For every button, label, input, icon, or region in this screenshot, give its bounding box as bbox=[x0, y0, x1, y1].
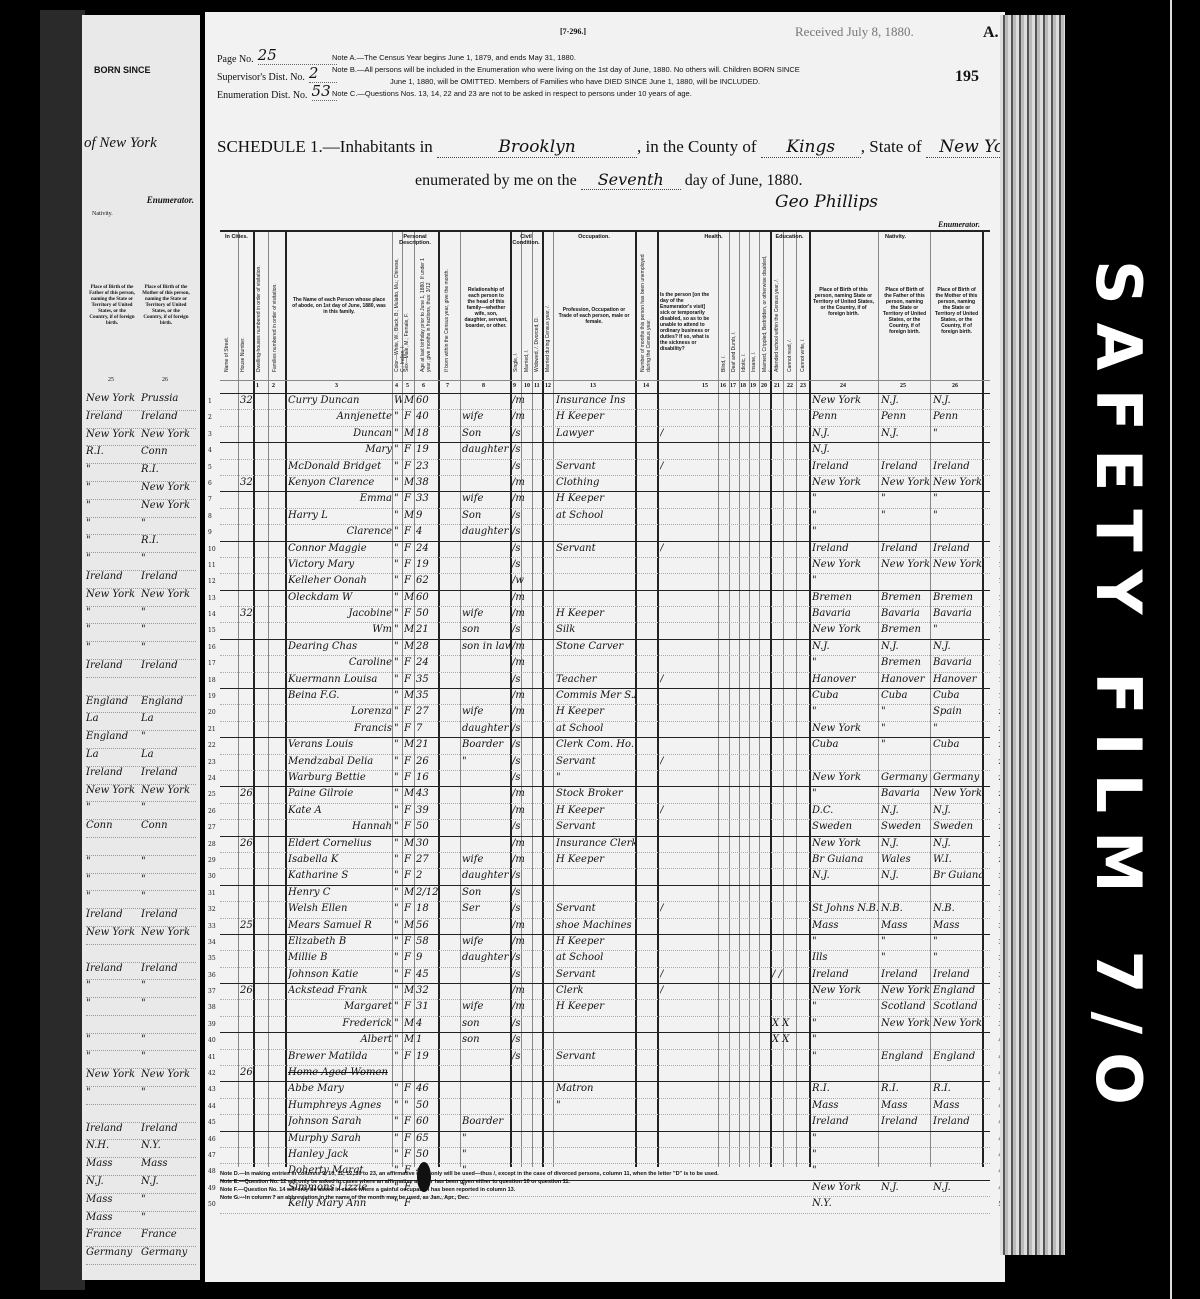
line-number-left: 21 bbox=[208, 726, 216, 733]
prev-page-row: FranceFrance bbox=[86, 1229, 196, 1247]
civil-condition-cell: /s bbox=[512, 674, 542, 685]
prev-father-birthplace: " bbox=[86, 535, 141, 552]
note-d: Note D.—In making entries in columns 9, … bbox=[220, 1170, 920, 1178]
age-cell: 39 bbox=[416, 805, 438, 816]
color-cell: " bbox=[394, 870, 402, 881]
mother-birthplace-cell: Ireland bbox=[933, 461, 982, 472]
table-row: 21Francis"F7daughter/sat SchoolNew York"… bbox=[220, 722, 990, 738]
prev-father-birthplace: Ireland bbox=[86, 411, 141, 428]
mother-birthplace-cell: Scotland bbox=[933, 1001, 982, 1012]
age-cell: 9 bbox=[416, 510, 438, 521]
person-name-cell: Annjenette bbox=[288, 411, 392, 422]
sex-cell: F bbox=[404, 608, 414, 619]
civil-condition-cell: /s bbox=[512, 821, 542, 832]
civil-condition-cell: /m bbox=[512, 477, 542, 488]
prev-mother-birthplace: " bbox=[141, 998, 196, 1015]
supervisor-label: Supervisor's Dist. No. bbox=[217, 72, 305, 83]
relationship-cell: wife bbox=[462, 493, 510, 504]
column-number: 26 bbox=[952, 383, 958, 389]
previous-page-fragment: BORN SINCE of New York Enumerator. Nativ… bbox=[82, 15, 200, 1280]
prev-mother-birthplace: N.J. bbox=[141, 1176, 196, 1193]
prev-page-row: IrelandIreland bbox=[86, 963, 196, 981]
column-number: 6 bbox=[422, 383, 425, 389]
mother-birthplace-cell: Spain bbox=[933, 706, 982, 717]
civil-condition-cell: /s bbox=[512, 1051, 542, 1062]
prev-mother-birthplace: Ireland bbox=[141, 1123, 196, 1140]
line-number-left: 49 bbox=[208, 1185, 216, 1192]
civil-condition-cell: /m bbox=[512, 1001, 542, 1012]
age-cell: 2 bbox=[416, 870, 438, 881]
line-number-left: 11 bbox=[208, 562, 216, 569]
color-cell: " bbox=[394, 1116, 402, 1127]
sex-cell: F bbox=[404, 821, 414, 832]
mother-birthplace-cell: Bavaria bbox=[933, 657, 982, 668]
birthplace-cell: Hanover bbox=[812, 674, 878, 685]
prev-mother-birthplace: Prussia bbox=[141, 393, 196, 410]
line-number-left: 19 bbox=[208, 693, 216, 700]
line-number-left: 4 bbox=[208, 447, 212, 454]
header-birth-father: Place of Birth of the Father of this per… bbox=[882, 287, 927, 335]
prev-mother-birthplace: " bbox=[141, 518, 196, 535]
sex-cell: F bbox=[404, 969, 414, 980]
line-number-left: 20 bbox=[208, 709, 216, 716]
occupation-cell: Servant bbox=[556, 461, 636, 472]
person-name-cell: Millie B bbox=[288, 952, 392, 963]
civil-condition-cell: /m bbox=[512, 854, 542, 865]
age-cell: 43 bbox=[416, 788, 438, 799]
occupation-cell: at School bbox=[556, 723, 636, 734]
prev-mother-birthplace: R.I. bbox=[141, 464, 196, 481]
sex-cell: F bbox=[404, 756, 414, 767]
color-cell: " bbox=[394, 1100, 402, 1111]
civil-condition-cell: /s bbox=[512, 870, 542, 881]
age-cell: 2/12 bbox=[416, 887, 438, 898]
mother-birthplace-cell: N.J. bbox=[933, 641, 982, 652]
father-birthplace-cell: New York bbox=[881, 559, 930, 570]
person-name-cell: Jacobine bbox=[288, 608, 392, 619]
prev-mother-header: Place of Birth of the Mother of this per… bbox=[142, 285, 190, 327]
color-cell: " bbox=[394, 1051, 402, 1062]
state-label: , State of bbox=[861, 137, 922, 156]
father-birthplace-cell: Ireland bbox=[881, 543, 930, 554]
line-number-left: 13 bbox=[208, 595, 216, 602]
table-row: 11Victory Mary"F19/sNew YorkNew YorkNew … bbox=[220, 558, 990, 574]
person-name-cell: Murphy Sarah bbox=[288, 1133, 392, 1144]
prev-father-header: Place of Birth of the Father of this per… bbox=[88, 285, 136, 327]
age-cell: 16 bbox=[416, 772, 438, 783]
table-row: 4Mary"F19daughter/sN.J.4 bbox=[220, 443, 990, 459]
age-cell: 65 bbox=[416, 1133, 438, 1144]
prev-father-birthplace bbox=[86, 1016, 141, 1033]
table-row: 18Kuermann Louisa"F35/sTeacher/HanoverHa… bbox=[220, 673, 990, 689]
line-number-left: 25 bbox=[208, 791, 216, 798]
header-attended-school: Attended school within the Census year, … bbox=[774, 252, 780, 372]
dwelling-number-cell: 268 bbox=[240, 1067, 254, 1078]
age-cell: 19 bbox=[416, 1051, 438, 1062]
age-cell: 60 bbox=[416, 395, 438, 406]
birthplace-cell: New York bbox=[812, 772, 878, 783]
county-value: Kings bbox=[761, 137, 861, 158]
sex-cell: M bbox=[404, 395, 414, 406]
prev-page-row: "" bbox=[86, 642, 196, 660]
sex-cell: F bbox=[404, 674, 414, 685]
birthplace-cell: " bbox=[812, 1018, 878, 1029]
father-birthplace-cell: New York bbox=[881, 1018, 930, 1029]
civil-condition-cell: /s bbox=[512, 444, 542, 455]
birthplace-cell: New York bbox=[812, 477, 878, 488]
line-number-left: 38 bbox=[208, 1004, 216, 1011]
prev-page-row: "" bbox=[86, 856, 196, 874]
birthplace-cell: " bbox=[812, 1149, 878, 1160]
table-row: 27Hannah"F50/sServantSwedenSwedenSweden2… bbox=[220, 820, 990, 836]
prev-page-row: ConnConn bbox=[86, 820, 196, 838]
age-cell: 30 bbox=[416, 838, 438, 849]
table-row: 23Mendzabal Delia"F26"/sServant/23 bbox=[220, 755, 990, 771]
civil-condition-cell: /s bbox=[512, 723, 542, 734]
prev-father-birthplace: " bbox=[86, 891, 141, 908]
unemployed-mark-cell: / bbox=[660, 985, 680, 996]
occupation-cell: H Keeper bbox=[556, 493, 636, 504]
table-row: 24Warburg Bettie"F16/s"New YorkGermanyGe… bbox=[220, 771, 990, 787]
film-edge-left bbox=[40, 10, 85, 1290]
relationship-cell: Ser bbox=[462, 903, 510, 914]
prev-state: of New York bbox=[84, 135, 157, 152]
prev-page-row bbox=[86, 1105, 196, 1123]
birthplace-cell: " bbox=[812, 936, 878, 947]
sex-cell: M bbox=[404, 985, 414, 996]
prev-col-25: 25 bbox=[108, 377, 114, 383]
prev-page-row: IrelandIreland bbox=[86, 660, 196, 678]
color-cell: " bbox=[394, 559, 402, 570]
birthplace-cell: Ireland bbox=[812, 1116, 878, 1127]
occupation-cell: Stone Carver bbox=[556, 641, 636, 652]
birthplace-cell: Ireland bbox=[812, 543, 878, 554]
table-row: 35Millie B"F9daughter/sat SchoolIlls""35 bbox=[220, 951, 990, 967]
sex-cell: F bbox=[404, 1133, 414, 1144]
column-number: 7 bbox=[446, 383, 449, 389]
sex-cell: M bbox=[404, 477, 414, 488]
mother-birthplace-cell: Ireland bbox=[933, 969, 982, 980]
prev-enumerator-label: Enumerator. bbox=[147, 195, 194, 205]
mother-birthplace-cell: " bbox=[933, 493, 982, 504]
father-birthplace-cell: N.J. bbox=[881, 395, 930, 406]
prev-page-row: New YorkNew York bbox=[86, 429, 196, 447]
occupation-cell: " bbox=[556, 772, 636, 783]
color-cell: " bbox=[394, 1133, 402, 1144]
sex-cell: F bbox=[404, 543, 414, 554]
note-c: Note C.—Questions Nos. 13, 14, 22 and 23… bbox=[332, 88, 972, 100]
mother-birthplace-cell: N.J. bbox=[933, 395, 982, 406]
line-number-left: 34 bbox=[208, 939, 216, 946]
prev-father-birthplace: " bbox=[86, 624, 141, 641]
line-number-left: 1 bbox=[208, 398, 212, 405]
prev-page-row: New YorkNew York bbox=[86, 1069, 196, 1087]
mother-birthplace-cell: W.I. bbox=[933, 854, 982, 865]
color-cell: " bbox=[394, 821, 402, 832]
column-number: 11 bbox=[534, 383, 540, 389]
education-marks-cell: X X bbox=[772, 1018, 808, 1029]
education-marks-cell: X X bbox=[772, 1034, 808, 1045]
header-street: Name of Street. bbox=[224, 302, 230, 372]
father-birthplace-cell: Sweden bbox=[881, 821, 930, 832]
person-name-cell: Dearing Chas bbox=[288, 641, 392, 652]
line-number-left: 22 bbox=[208, 742, 216, 749]
city-value: Brooklyn bbox=[437, 137, 637, 158]
age-cell: 58 bbox=[416, 936, 438, 947]
occupation-cell: Clerk bbox=[556, 985, 636, 996]
dwelling-number-cell: 327 bbox=[240, 608, 254, 619]
occupation-cell: Servant bbox=[556, 969, 636, 980]
table-row: 10Connor Maggie"F24/sServant/IrelandIrel… bbox=[220, 542, 990, 558]
table-row: 1321Curry DuncanWM60/mInsurance InsNew Y… bbox=[220, 394, 990, 410]
color-cell: " bbox=[394, 461, 402, 472]
prev-mother-birthplace bbox=[141, 1016, 196, 1033]
sex-cell: M bbox=[404, 887, 414, 898]
occupation-cell: Clerk Com. Ho. bbox=[556, 739, 636, 750]
column-number: 3 bbox=[335, 383, 338, 389]
birthplace-cell: " bbox=[812, 788, 878, 799]
table-row: 32Welsh Ellen"F18Ser/sServant/St Johns N… bbox=[220, 902, 990, 918]
age-cell: 18 bbox=[416, 428, 438, 439]
table-row: 8Harry L"M9Son/sat School"""8 bbox=[220, 509, 990, 525]
color-cell: " bbox=[394, 444, 402, 455]
mother-birthplace-cell: England bbox=[933, 1051, 982, 1062]
age-cell: 4 bbox=[416, 526, 438, 537]
mother-birthplace-cell: Bavaria bbox=[933, 608, 982, 619]
occupation-cell: Silk bbox=[556, 624, 636, 635]
sex-cell: F bbox=[404, 772, 414, 783]
color-cell: " bbox=[394, 838, 402, 849]
mother-birthplace-cell: R.I. bbox=[933, 1083, 982, 1094]
header-born-month: If born within the Census year, give the… bbox=[444, 252, 450, 372]
table-row: 38Margaret"F31wife/mH Keeper"ScotlandSco… bbox=[220, 1000, 990, 1016]
person-name-cell: Emma bbox=[288, 493, 392, 504]
civil-condition-cell: /m bbox=[512, 838, 542, 849]
line-number-left: 30 bbox=[208, 873, 216, 880]
page-stack-edge bbox=[1000, 15, 1065, 1255]
age-cell: 27 bbox=[416, 854, 438, 865]
civil-condition-cell: /s bbox=[512, 1034, 542, 1045]
sex-cell: M bbox=[404, 1018, 414, 1029]
table-row: 40Albert"M1son/sX X"40 bbox=[220, 1033, 990, 1049]
column-number: 8 bbox=[482, 383, 485, 389]
civil-condition-cell: /s bbox=[512, 952, 542, 963]
sex-cell: F bbox=[404, 1083, 414, 1094]
age-cell: 24 bbox=[416, 543, 438, 554]
line-number-left: 47 bbox=[208, 1152, 216, 1159]
person-name-cell: Hannah bbox=[288, 821, 392, 832]
sex-cell: F bbox=[404, 1149, 414, 1160]
occupation-cell: Matron bbox=[556, 1083, 636, 1094]
occupation-cell: Clothing bbox=[556, 477, 636, 488]
birthplace-cell: Bremen bbox=[812, 592, 878, 603]
birthplace-cell: Ills bbox=[812, 952, 878, 963]
birthplace-cell: New York bbox=[812, 838, 878, 849]
color-cell: " bbox=[394, 1018, 402, 1029]
person-name-cell: Caroline bbox=[288, 657, 392, 668]
prev-mother-birthplace bbox=[141, 945, 196, 962]
mother-birthplace-cell: New York bbox=[933, 1018, 982, 1029]
unemployed-mark-cell: / bbox=[660, 969, 680, 980]
color-cell: " bbox=[394, 920, 402, 931]
prev-page-row: "" bbox=[86, 518, 196, 536]
age-cell: 21 bbox=[416, 739, 438, 750]
prev-father-birthplace: Ireland bbox=[86, 963, 141, 980]
birthplace-cell: Br Guiana bbox=[812, 854, 878, 865]
line-number-left: 28 bbox=[208, 841, 216, 848]
birthplace-cell: Mass bbox=[812, 1100, 878, 1111]
table-row: 29Isabella K"F27wife/mH KeeperBr GuianaW… bbox=[220, 853, 990, 869]
occupation-cell: Insurance Ins bbox=[556, 395, 636, 406]
prev-father-birthplace: France bbox=[86, 1229, 141, 1246]
relationship-cell: " bbox=[462, 1149, 510, 1160]
color-cell: " bbox=[394, 739, 402, 750]
father-birthplace-cell: " bbox=[881, 739, 930, 750]
district-ids: Page No.25 Supervisor's Dist. No.2 Enume… bbox=[217, 47, 337, 101]
sex-cell: F bbox=[404, 1001, 414, 1012]
prev-mother-birthplace: " bbox=[141, 553, 196, 570]
prev-father-birthplace: New York bbox=[86, 393, 141, 410]
civil-condition-cell: /s bbox=[512, 739, 542, 750]
table-row: 16Dearing Chas"M28son in law/mStone Carv… bbox=[220, 640, 990, 656]
sex-cell: F bbox=[404, 854, 414, 865]
sex-cell: F bbox=[404, 805, 414, 816]
birthplace-cell: " bbox=[812, 493, 878, 504]
prev-father-birthplace: Mass bbox=[86, 1212, 141, 1229]
color-cell: " bbox=[394, 952, 402, 963]
occupation-cell: Servant bbox=[556, 903, 636, 914]
prev-page-row: GermanyGermany bbox=[86, 1247, 196, 1265]
birthplace-cell: " bbox=[812, 575, 878, 586]
person-name-cell: Curry Duncan bbox=[288, 395, 392, 406]
age-cell: 27 bbox=[416, 706, 438, 717]
prev-page-row: N.J.N.J. bbox=[86, 1176, 196, 1194]
civil-condition-cell: /m bbox=[512, 493, 542, 504]
relationship-cell: daughter bbox=[462, 870, 510, 881]
line-number-left: 9 bbox=[208, 529, 212, 536]
line-number-left: 26 bbox=[208, 808, 216, 815]
person-name-cell: Francis bbox=[288, 723, 392, 734]
age-cell: 56 bbox=[416, 920, 438, 931]
color-cell: " bbox=[394, 772, 402, 783]
prev-mother-birthplace: " bbox=[141, 980, 196, 997]
father-birthplace-cell: Bremen bbox=[881, 657, 930, 668]
mother-birthplace-cell: " bbox=[933, 428, 982, 439]
prev-page-row: "" bbox=[86, 891, 196, 909]
sex-cell: M bbox=[404, 641, 414, 652]
occupation-cell: Stock Broker bbox=[556, 788, 636, 799]
prev-father-birthplace: " bbox=[86, 518, 141, 535]
table-row: 44Humphreys Agnes""50"MassMassMass44 bbox=[220, 1099, 990, 1115]
prev-mother-birthplace: La bbox=[141, 749, 196, 766]
prev-page-row: EnglandEngland bbox=[86, 696, 196, 714]
enumeration-field: Enumeration Dist. No.53 bbox=[217, 83, 337, 101]
line-number-left: 37 bbox=[208, 988, 216, 995]
father-birthplace-cell: England bbox=[881, 1051, 930, 1062]
father-birthplace-cell: " bbox=[881, 706, 930, 717]
relationship-cell: wife bbox=[462, 411, 510, 422]
occupation-cell: at School bbox=[556, 952, 636, 963]
birthplace-cell: St Johns N.B. bbox=[812, 903, 878, 914]
person-name-cell: Warburg Bettie bbox=[288, 772, 392, 783]
sex-cell: F bbox=[404, 559, 414, 570]
line-number-left: 16 bbox=[208, 644, 216, 651]
birthplace-cell: N.J. bbox=[812, 870, 878, 881]
column-number: 4 bbox=[395, 383, 398, 389]
sex-cell: F bbox=[404, 1051, 414, 1062]
birthplace-cell: New York bbox=[812, 985, 878, 996]
occupation-cell: H Keeper bbox=[556, 805, 636, 816]
education-marks-cell: / / bbox=[772, 969, 808, 980]
age-cell: 21 bbox=[416, 624, 438, 635]
sex-cell: M bbox=[404, 739, 414, 750]
county-label: , in the County of bbox=[637, 137, 756, 156]
relationship-cell: " bbox=[462, 1133, 510, 1144]
civil-condition-cell: /m bbox=[512, 411, 542, 422]
prev-page-row: New YorkNew York bbox=[86, 927, 196, 945]
age-cell: 9 bbox=[416, 952, 438, 963]
header-relationship: Relationship of each person to the head … bbox=[464, 287, 508, 329]
color-cell: " bbox=[394, 1034, 402, 1045]
birthplace-cell: N.J. bbox=[812, 444, 878, 455]
table-row: 2Annjenette"F40wife/mH KeeperPennPennPen… bbox=[220, 410, 990, 426]
relationship-cell: wife bbox=[462, 854, 510, 865]
birthplace-cell: " bbox=[812, 1051, 878, 1062]
person-name-cell: Lorenza bbox=[288, 706, 392, 717]
prev-father-birthplace: " bbox=[86, 464, 141, 481]
prev-page-row: IrelandIreland bbox=[86, 411, 196, 429]
person-name-cell: Ackstead Frank bbox=[288, 985, 392, 996]
enumerated-prefix: enumerated by me on the bbox=[415, 172, 577, 189]
enumerator-signature: Geo Phillips bbox=[775, 192, 878, 212]
prev-page-row bbox=[86, 678, 196, 696]
age-cell: 35 bbox=[416, 690, 438, 701]
sex-cell: F bbox=[404, 903, 414, 914]
ink-smudge bbox=[417, 1162, 431, 1192]
line-number-left: 46 bbox=[208, 1136, 216, 1143]
table-row: 30Katharine S"F2daughter/sN.J.N.J.Br Gui… bbox=[220, 869, 990, 885]
header-education: Education. bbox=[770, 234, 809, 240]
prev-father-birthplace: " bbox=[86, 874, 141, 891]
mother-birthplace-cell: Bremen bbox=[933, 592, 982, 603]
color-cell: " bbox=[394, 985, 402, 996]
line-number-left: 41 bbox=[208, 1054, 216, 1061]
prev-mother-birthplace: " bbox=[141, 1194, 196, 1211]
person-name-cell: Mears Samuel R bbox=[288, 920, 392, 931]
line-number-left: 6 bbox=[208, 480, 212, 487]
father-birthplace-cell: Mass bbox=[881, 1100, 930, 1111]
sex-cell: M bbox=[404, 510, 414, 521]
age-cell: 23 bbox=[416, 461, 438, 472]
prev-page-rows: New YorkPrussiaIrelandIrelandNew YorkNew… bbox=[86, 393, 196, 1280]
film-label: SAFETY FILM 7/O bbox=[1082, 260, 1155, 1123]
prev-page-row: Mass" bbox=[86, 1194, 196, 1212]
note-a: Note A.—The Census Year begins June 1, 1… bbox=[332, 52, 972, 64]
prev-born-since: BORN SINCE bbox=[94, 65, 151, 75]
prev-mother-birthplace: New York bbox=[141, 927, 196, 944]
person-name-cell: Paine Gilroie bbox=[288, 788, 392, 799]
mother-birthplace-cell: " bbox=[933, 624, 982, 635]
color-cell: " bbox=[394, 526, 402, 537]
color-cell: " bbox=[394, 903, 402, 914]
mother-birthplace-cell: New York bbox=[933, 788, 982, 799]
father-birthplace-cell: " bbox=[881, 936, 930, 947]
person-name-cell: Albert bbox=[288, 1034, 392, 1045]
column-number: 14 bbox=[643, 383, 649, 389]
dwelling-number-cell: 325 bbox=[240, 477, 254, 488]
header-birth-mother: Place of Birth of the Mother of this per… bbox=[934, 287, 979, 335]
person-name-cell: Victory Mary bbox=[288, 559, 392, 570]
